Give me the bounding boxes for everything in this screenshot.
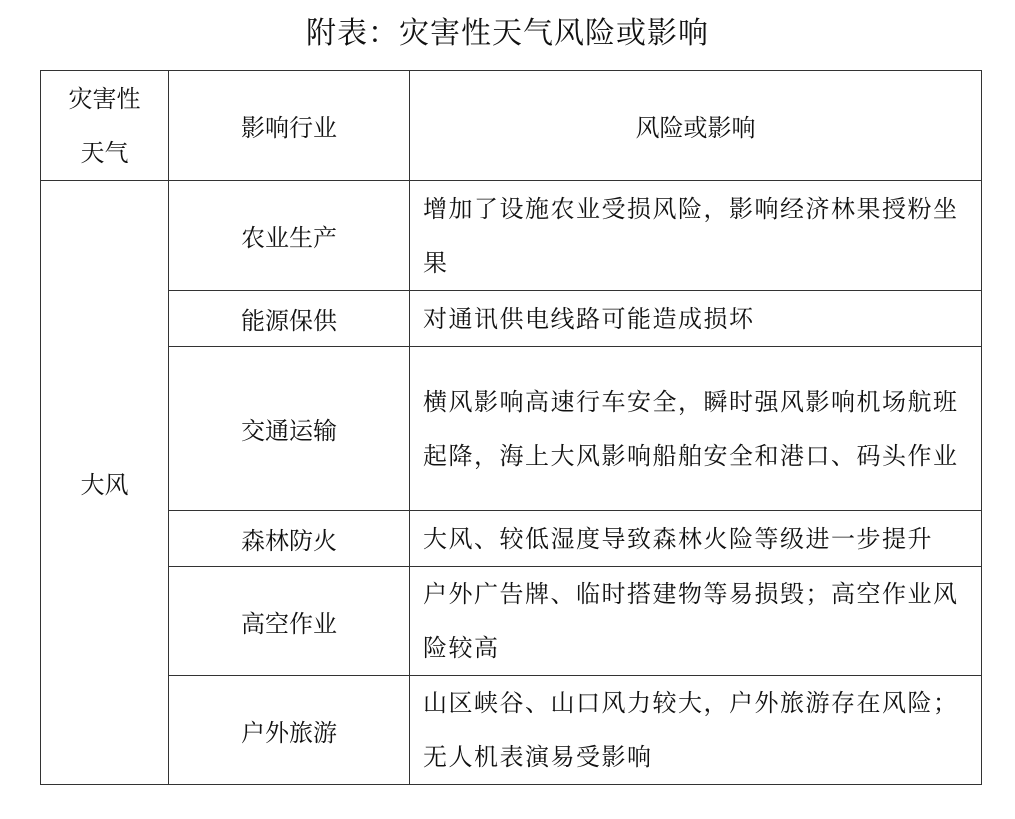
weather-type-cell: 大风: [41, 181, 169, 785]
industry-cell: 能源保供: [169, 291, 410, 347]
page-title: 附表：灾害性天气风险或影响: [0, 14, 1015, 54]
industry-cell: 户外旅游: [169, 676, 410, 785]
table-row: 户外旅游 山区峡谷、山口风力较大，户外旅游存在风险；无人机表演易受影响: [41, 676, 982, 785]
table-row: 能源保供 对通讯供电线路可能造成损坏: [41, 291, 982, 347]
header-weather-line2: 天气: [41, 126, 168, 180]
table-header-row: 灾害性 天气 影响行业 风险或影响: [41, 71, 982, 181]
weather-risk-table: 灾害性 天气 影响行业 风险或影响 大风 农业生产 增加了设施农业受损风险，影响…: [40, 70, 982, 785]
industry-cell: 交通运输: [169, 347, 410, 511]
risk-cell: 山区峡谷、山口风力较大，户外旅游存在风险；无人机表演易受影响: [410, 676, 982, 785]
table-row: 高空作业 户外广告牌、临时搭建物等易损毁；高空作业风险较高: [41, 567, 982, 676]
risk-cell: 横风影响高速行车安全，瞬时强风影响机场航班起降，海上大风影响船舶安全和港口、码头…: [410, 347, 982, 511]
header-risk: 风险或影响: [410, 71, 982, 181]
industry-cell: 森林防火: [169, 511, 410, 567]
header-weather: 灾害性 天气: [41, 71, 169, 181]
table-row: 森林防火 大风、较低湿度导致森林火险等级进一步提升: [41, 511, 982, 567]
risk-cell: 大风、较低湿度导致森林火险等级进一步提升: [410, 511, 982, 567]
risk-cell: 户外广告牌、临时搭建物等易损毁；高空作业风险较高: [410, 567, 982, 676]
table-row: 大风 农业生产 增加了设施农业受损风险，影响经济林果授粉坐果: [41, 181, 982, 291]
header-weather-line1: 灾害性: [41, 72, 168, 126]
header-industry: 影响行业: [169, 71, 410, 181]
risk-cell: 对通讯供电线路可能造成损坏: [410, 291, 982, 347]
industry-cell: 高空作业: [169, 567, 410, 676]
industry-cell: 农业生产: [169, 181, 410, 291]
risk-cell: 增加了设施农业受损风险，影响经济林果授粉坐果: [410, 181, 982, 291]
table-row: 交通运输 横风影响高速行车安全，瞬时强风影响机场航班起降，海上大风影响船舶安全和…: [41, 347, 982, 511]
